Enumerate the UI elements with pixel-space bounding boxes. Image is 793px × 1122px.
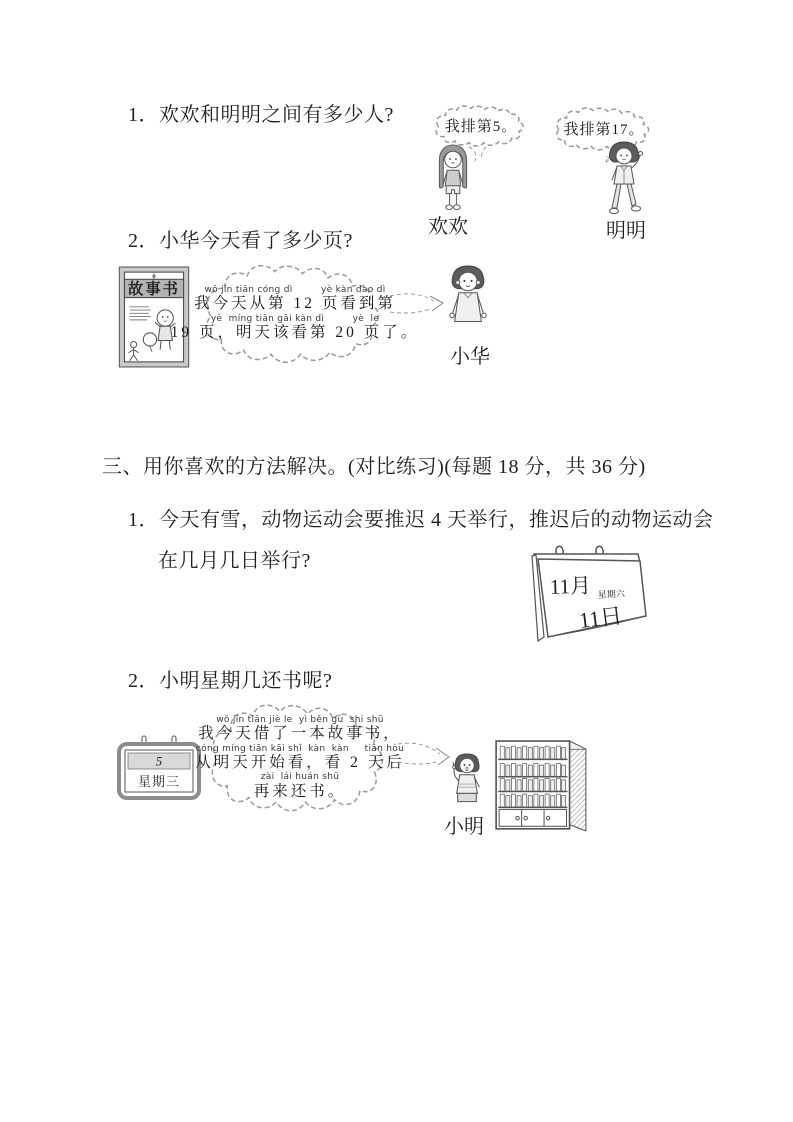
huanhuan-girl-illustration <box>435 143 471 215</box>
xiaohua-bubble-text: wǒ jīn tiān cóng dì yè kàn dào dì 我今天从第 … <box>202 267 388 360</box>
xiaohua-boy-illustration <box>444 264 492 340</box>
bubble-tail-arrow-icon <box>396 736 452 774</box>
hanzi-line: 19 页，明天该看第 20 页了。 <box>171 324 420 343</box>
xiaoming-speech-bubble: wǒ jīn tiān jiè le yì běn gù shi shū 我今天… <box>200 700 400 816</box>
huanhuan-speech-bubble: 我排第5。 <box>430 104 532 148</box>
desk-calendar-illustration: 11月 星期六 11日 <box>518 542 648 652</box>
section3-question-1-line2: 在几月几日举行? <box>158 544 311 573</box>
xiaohua-speech-bubble: wǒ jīn tiān cóng dì yè kàn dào dì 我今天从第 … <box>194 261 396 367</box>
small-calendar-weekday: 星期三 <box>138 774 180 789</box>
storybook-title: 故事书 <box>128 280 180 298</box>
calendar-month: 11月 <box>549 574 591 599</box>
small-calendar-illustration: 5 星期三 <box>116 734 202 802</box>
section3-question-1-line1: 1．今天有雪，动物运动会要推迟 4 天举行，推迟后的动物运动会 <box>128 503 714 532</box>
xiaoming-label: 小明 <box>444 810 484 839</box>
pinyin-line: zài lái huán shū <box>261 772 340 782</box>
mingming-boy-illustration <box>600 140 648 220</box>
mingming-label: 明明 <box>606 214 646 243</box>
hanzi-line: 从明天开始看，看 2 天后 <box>195 754 405 773</box>
bookshelf-illustration <box>494 737 588 837</box>
huanhuan-label: 欢欢 <box>428 210 468 239</box>
calendar-weekday: 星期六 <box>598 588 627 600</box>
huanhuan-bubble-text: 我排第5。 <box>445 115 518 136</box>
section3-question-2-text: 2．小明星期几还书呢? <box>128 664 332 693</box>
mingming-bubble-text: 我排第17。 <box>563 118 644 139</box>
hanzi-line: 我今天从第 12 页看到第 <box>194 295 396 314</box>
pinyin-line: cóng míng tiān kāi shǐ kàn kàn tiān hòu <box>196 744 404 754</box>
pinyin-line: wǒ jīn tiān jiè le yì běn gù shi shū <box>216 715 383 725</box>
pinyin-line: yè míng tiān gāi kàn dì yè le <box>211 314 379 324</box>
xiaohua-label: 小华 <box>450 340 490 369</box>
xiaoming-boy-illustration <box>448 752 486 812</box>
bubble-tail-arrow-icon <box>388 288 446 320</box>
hanzi-line: 再来还书。 <box>254 783 347 802</box>
calendar-day: 11日 <box>578 603 624 633</box>
small-calendar-day: 5 <box>156 754 163 769</box>
worksheet-page: 1．欢欢和明明之间有多少人? 我排第5。 欢欢 我排第17。 <box>0 0 793 1122</box>
section-three-heading: 三、用你喜欢的方法解决。(对比练习)(每题 18 分，共 36 分) <box>102 450 646 479</box>
xiaoming-bubble-text: wǒ jīn tiān jiè le yì běn gù shi shū 我今天… <box>208 707 392 809</box>
storybook-cover-illustration: 故事书 <box>118 266 190 368</box>
question-1-text: 1．欢欢和明明之间有多少人? <box>128 98 394 127</box>
hanzi-line: 我今天借了一本故事书， <box>198 725 402 744</box>
pinyin-line: wǒ jīn tiān cóng dì yè kàn dào dì <box>204 285 385 295</box>
question-2-text: 2．小华今天看了多少页? <box>128 224 353 253</box>
